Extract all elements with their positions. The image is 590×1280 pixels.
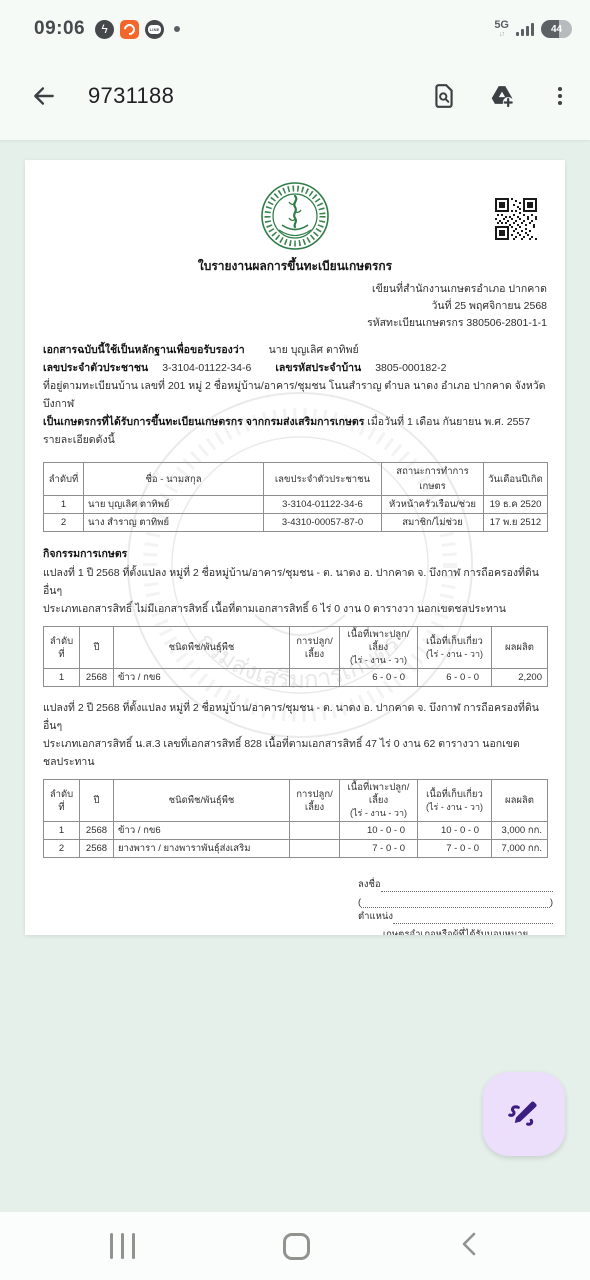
orange-app-icon [120, 20, 139, 39]
qr-code [495, 198, 537, 240]
file-title: 9731188 [88, 83, 174, 109]
messenger-icon: ϟ [95, 20, 114, 39]
document-intro: เอกสารฉบับนี้ใช้เป็นหลักฐานเพื่อขอรับรอง… [43, 341, 547, 449]
overflow-menu-button[interactable] [546, 82, 574, 110]
google-drive-add-icon [488, 82, 516, 110]
add-to-drive-button[interactable] [488, 82, 516, 110]
farmer-name: นาย บุญเลิศ ตาทิพย์ [269, 344, 359, 356]
recents-button[interactable] [110, 1233, 135, 1259]
table-row: 1 นาย บุญเลิศ ตาทิพย์ 3-3104-01122-34-6 … [44, 496, 548, 514]
table-header-row: ลำดับที่ ปี ชนิดพืช/พันธุ์พืช การปลูก/เล… [44, 627, 548, 669]
issued-at-line: เขียนที่สำนักงานเกษตรอำเภอ ปากคาด [43, 281, 547, 298]
more-notifications-dot [174, 26, 180, 32]
stylus-note-icon [506, 1096, 542, 1132]
phone-screen: 09:06 ϟ LINE 5G ↓↑ 44 [0, 0, 590, 1280]
app-bar: 9731188 [0, 60, 590, 132]
plot1-crop-table: ลำดับที่ ปี ชนิดพืช/พันธุ์พืช การปลูก/เล… [43, 626, 548, 687]
signer-title: เกษตรอำเภอหรือผู้ที่ได้รับมอบหมาย [358, 927, 553, 935]
plot2-crop-table: ลำดับที่ ปี ชนิดพืช/พันธุ์พืช การปลูก/เล… [43, 779, 548, 858]
signature-block: ลงชื่อ () ตำแหน่ง เกษตรอำเภอหรือผู้ที่ได… [358, 876, 553, 935]
plot1-description: แปลงที่ 1 ปี 2568 ที่ตั้งแปลง หมู่ที่ 2 … [43, 564, 547, 618]
more-vertical-icon [548, 84, 572, 108]
address-line: ที่อยู่ตามทะเบียนบ้าน เลขที่ 201 หมู่ 2 … [43, 377, 547, 413]
navigation-bar [0, 1212, 590, 1280]
table-header-row: ลำดับที่ ปี ชนิดพืช/พันธุ์พืช การปลูก/เล… [44, 780, 548, 822]
table-row: 1 2568 ข้าว / กข6 6 - 0 - 0 6 - 0 - 0 2,… [44, 669, 548, 687]
pdf-viewport[interactable]: กรมส่งเสริมการเกษตร [0, 140, 590, 1212]
activities-heading: กิจกรรมการเกษตร [43, 545, 547, 562]
network-type-indicator: 5G ↓↑ [494, 20, 509, 38]
back-button[interactable] [26, 78, 62, 114]
document-title: ใบรายงานผลการขึ้นทะเบียนเกษตรกร [43, 257, 547, 276]
table-row: 2 นาง สำราญ ตาทิพย์ 3-4310-00057-87-0 สม… [44, 514, 548, 532]
chevron-left-icon [458, 1230, 480, 1258]
line-icon: LINE [145, 20, 164, 39]
document-page: กรมส่งเสริมการเกษตร [25, 160, 565, 935]
home-button[interactable] [283, 1233, 310, 1260]
arrow-left-icon [31, 83, 57, 109]
document-header-right: เขียนที่สำนักงานเกษตรอำเภอ ปากคาด วันที่… [43, 281, 547, 332]
find-in-page-button[interactable] [430, 82, 458, 110]
top-chrome: 09:06 ϟ LINE 5G ↓↑ 44 [0, 0, 590, 140]
house-code: 3805-000182-2 [375, 362, 446, 374]
registration-code-line: รหัสทะเบียนเกษตรกร 380506-2801-1-1 [43, 315, 547, 332]
nav-back-button[interactable] [458, 1230, 480, 1263]
status-bar: 09:06 ϟ LINE 5G ↓↑ 44 [0, 14, 590, 44]
plot2-description: แปลงที่ 2 ปี 2568 ที่ตั้งแปลง หมู่ที่ 2 … [43, 699, 547, 771]
citizen-id: 3-3104-01122-34-6 [162, 362, 251, 374]
table-row: 1 2568 ข้าว / กข6 10 - 0 - 0 10 - 0 - 0 … [44, 822, 548, 840]
battery-indicator: 44 [541, 20, 572, 38]
table-row: 2 2568 ยางพารา / ยางพาราพันธุ์ส่งเสริม 7… [44, 840, 548, 858]
clock: 09:06 [34, 18, 85, 40]
table-header-row: ลำดับที่ ชื่อ - นามสกุล เลขประจำตัวประชา… [44, 463, 548, 496]
household-members-table: ลำดับที่ ชื่อ - นามสกุล เลขประจำตัวประชา… [43, 462, 548, 532]
annotate-fab[interactable] [483, 1072, 565, 1156]
find-in-page-icon [431, 83, 457, 109]
notification-icons: ϟ LINE [95, 20, 180, 39]
signal-strength-icon [516, 22, 534, 36]
date-line: วันที่ 25 พฤศจิกายน 2568 [43, 298, 547, 315]
department-emblem [259, 180, 331, 252]
